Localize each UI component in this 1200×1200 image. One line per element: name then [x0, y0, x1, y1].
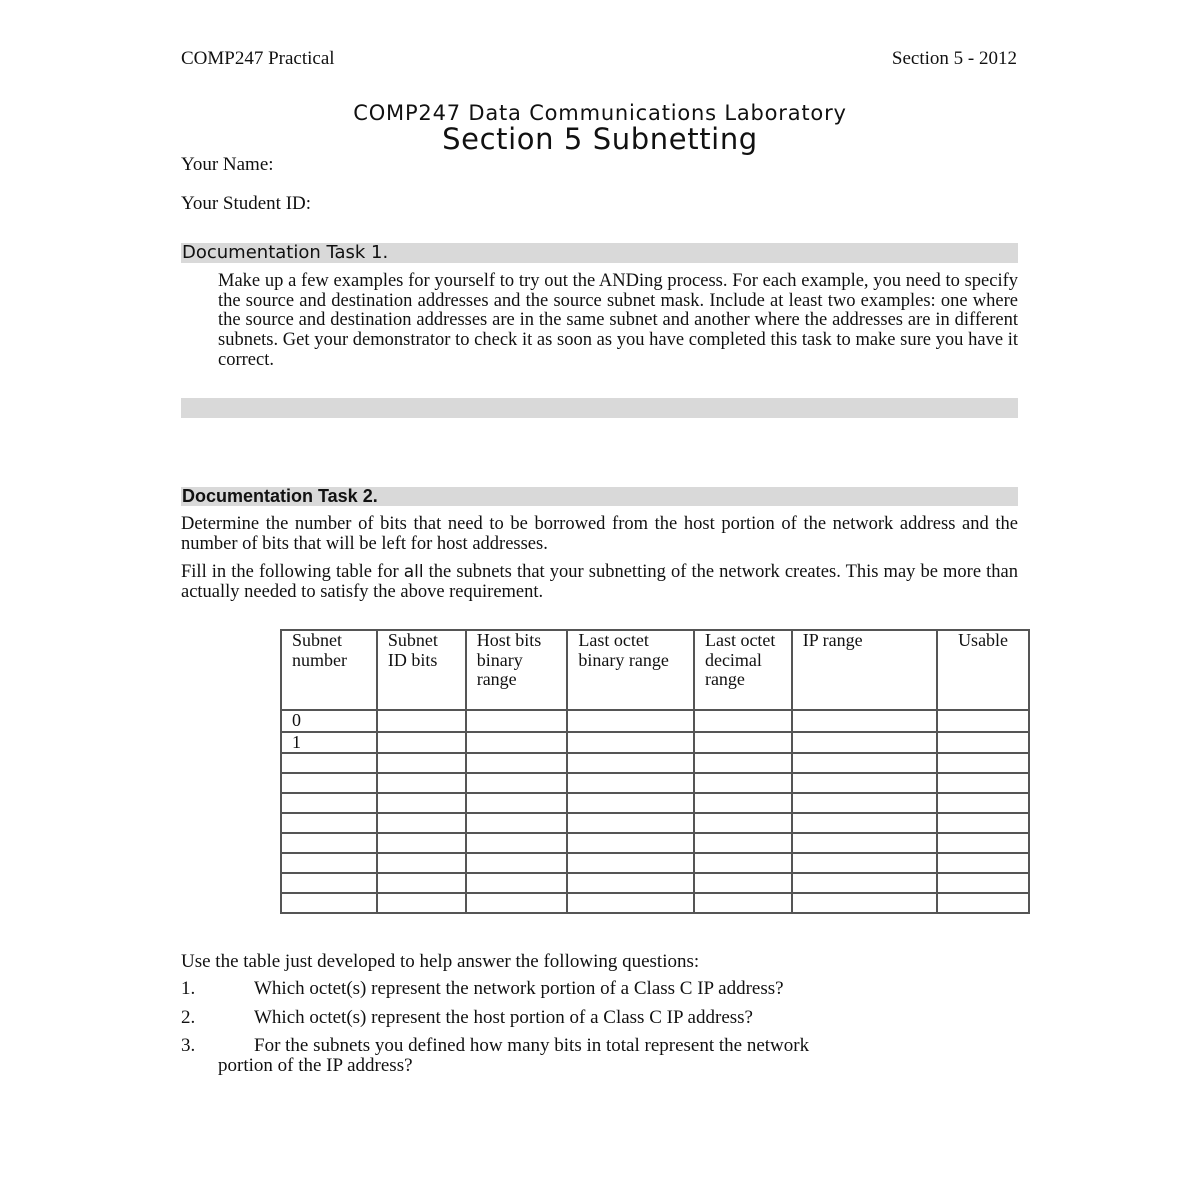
- col-host-bits-binary-range: Host bits binary range: [466, 630, 568, 710]
- table-cell[interactable]: [281, 833, 377, 853]
- table-cell[interactable]: [792, 753, 937, 773]
- table-cell[interactable]: [694, 873, 792, 893]
- table-cell[interactable]: [377, 893, 466, 913]
- table-cell[interactable]: [281, 813, 377, 833]
- questions-intro: Use the table just developed to help ans…: [181, 951, 699, 973]
- table-cell[interactable]: [792, 853, 937, 873]
- table-cell[interactable]: 1: [281, 732, 377, 754]
- question-number: 1.: [181, 979, 254, 999]
- task2-paragraph-1: Determine the number of bits that need t…: [181, 515, 1018, 554]
- table-row: [281, 813, 1029, 833]
- table-cell[interactable]: [694, 853, 792, 873]
- table-cell[interactable]: [377, 732, 466, 754]
- table-row: [281, 873, 1029, 893]
- table-cell[interactable]: [466, 893, 568, 913]
- table-cell[interactable]: [567, 873, 694, 893]
- table-cell[interactable]: [567, 710, 694, 732]
- document-subtitle: Section 5 Subnetting: [0, 122, 1200, 156]
- table-row: [281, 893, 1029, 913]
- table-cell[interactable]: [466, 813, 568, 833]
- table-cell[interactable]: [792, 893, 937, 913]
- question-text: Which octet(s) represent the host portio…: [254, 1007, 753, 1028]
- task1-instructions: Make up a few examples for yourself to t…: [218, 272, 1018, 371]
- question-text-continued: portion of the IP address?: [181, 1056, 1018, 1076]
- table-cell[interactable]: [466, 793, 568, 813]
- table-cell[interactable]: [792, 773, 937, 793]
- table-cell[interactable]: [937, 853, 1029, 873]
- table-cell[interactable]: [937, 813, 1029, 833]
- table-cell[interactable]: [792, 732, 937, 754]
- table-cell[interactable]: [937, 793, 1029, 813]
- col-subnet-number: Subnet number: [281, 630, 377, 710]
- student-id-field-label: Your Student ID:: [181, 193, 311, 215]
- table-cell[interactable]: [567, 753, 694, 773]
- table-row: [281, 833, 1029, 853]
- task2-para2-before: Fill in the following table for: [181, 562, 404, 582]
- table-row: [281, 793, 1029, 813]
- subnet-table: Subnet number Subnet ID bits Host bits b…: [280, 629, 1030, 914]
- table-row: [281, 773, 1029, 793]
- table-cell[interactable]: [567, 813, 694, 833]
- table-row: 0: [281, 710, 1029, 732]
- table-cell[interactable]: [466, 833, 568, 853]
- table-cell[interactable]: [281, 793, 377, 813]
- table-cell[interactable]: [792, 813, 937, 833]
- table-cell[interactable]: [694, 773, 792, 793]
- table-cell[interactable]: [792, 710, 937, 732]
- table-cell[interactable]: [937, 753, 1029, 773]
- question-number: 3.: [181, 1036, 254, 1056]
- table-cell[interactable]: [694, 732, 792, 754]
- table-cell[interactable]: [466, 732, 568, 754]
- task1-answer-area[interactable]: [181, 398, 1018, 418]
- table-cell[interactable]: [937, 833, 1029, 853]
- table-cell[interactable]: 0: [281, 710, 377, 732]
- table-cell[interactable]: [377, 710, 466, 732]
- col-last-octet-binary-range: Last octet binary range: [567, 630, 694, 710]
- table-cell[interactable]: [694, 710, 792, 732]
- col-ip-range: IP range: [792, 630, 937, 710]
- table-cell[interactable]: [377, 793, 466, 813]
- table-cell[interactable]: [937, 773, 1029, 793]
- col-usable: Usable: [937, 630, 1029, 710]
- table-cell[interactable]: [567, 793, 694, 813]
- table-cell[interactable]: [937, 873, 1029, 893]
- table-cell[interactable]: [377, 773, 466, 793]
- page-header-section: Section 5 - 2012: [892, 48, 1017, 70]
- table-cell[interactable]: [694, 813, 792, 833]
- task2-heading: Documentation Task 2.: [181, 486, 378, 506]
- table-cell[interactable]: [281, 853, 377, 873]
- task1-heading: Documentation Task 1.: [181, 242, 388, 263]
- table-cell[interactable]: [466, 853, 568, 873]
- task2-heading-bar: Documentation Task 2.: [181, 487, 1018, 506]
- table-cell[interactable]: [377, 873, 466, 893]
- table-cell[interactable]: [281, 893, 377, 913]
- table-row: 1: [281, 732, 1029, 754]
- question-text: Which octet(s) represent the network por…: [254, 978, 784, 999]
- question-number: 2.: [181, 1008, 254, 1028]
- col-last-octet-decimal-range: Last octet decimal range: [694, 630, 792, 710]
- table-cell[interactable]: [694, 793, 792, 813]
- table-cell[interactable]: [466, 873, 568, 893]
- table-cell[interactable]: [377, 833, 466, 853]
- table-cell[interactable]: [694, 753, 792, 773]
- question-1: 1.Which octet(s) represent the network p…: [181, 979, 1018, 999]
- table-cell[interactable]: [466, 753, 568, 773]
- table-body: 01: [281, 710, 1029, 913]
- table-cell[interactable]: [281, 773, 377, 793]
- table-cell[interactable]: [377, 813, 466, 833]
- table-cell[interactable]: [567, 893, 694, 913]
- table-cell[interactable]: [281, 873, 377, 893]
- name-field-label: Your Name:: [181, 154, 274, 176]
- task2-para2-emphasis: all: [404, 562, 424, 582]
- table-cell[interactable]: [792, 793, 937, 813]
- table-cell[interactable]: [567, 853, 694, 873]
- table-header-row: Subnet number Subnet ID bits Host bits b…: [281, 630, 1029, 710]
- table-cell[interactable]: [937, 710, 1029, 732]
- page-header-course: COMP247 Practical: [181, 48, 335, 70]
- table-cell[interactable]: [466, 773, 568, 793]
- question-text: For the subnets you defined how many bit…: [254, 1035, 809, 1056]
- table-cell[interactable]: [567, 833, 694, 853]
- table-cell[interactable]: [792, 873, 937, 893]
- question-3: 3.For the subnets you defined how many b…: [181, 1036, 1018, 1076]
- table-row: [281, 853, 1029, 873]
- table-cell[interactable]: [937, 732, 1029, 754]
- table-cell[interactable]: [567, 773, 694, 793]
- table-cell[interactable]: [792, 833, 937, 853]
- table-row: [281, 753, 1029, 773]
- question-2: 2.Which octet(s) represent the host port…: [181, 1008, 1018, 1028]
- table-cell[interactable]: [694, 893, 792, 913]
- task1-heading-bar: Documentation Task 1.: [181, 243, 1018, 263]
- table-cell[interactable]: [567, 732, 694, 754]
- table-cell[interactable]: [377, 853, 466, 873]
- col-subnet-id-bits: Subnet ID bits: [377, 630, 466, 710]
- table-cell[interactable]: [694, 833, 792, 853]
- table-cell[interactable]: [377, 753, 466, 773]
- table-cell[interactable]: [281, 753, 377, 773]
- task2-paragraph-2: Fill in the following table for all the …: [181, 563, 1018, 602]
- table-cell[interactable]: [937, 893, 1029, 913]
- table-cell[interactable]: [466, 710, 568, 732]
